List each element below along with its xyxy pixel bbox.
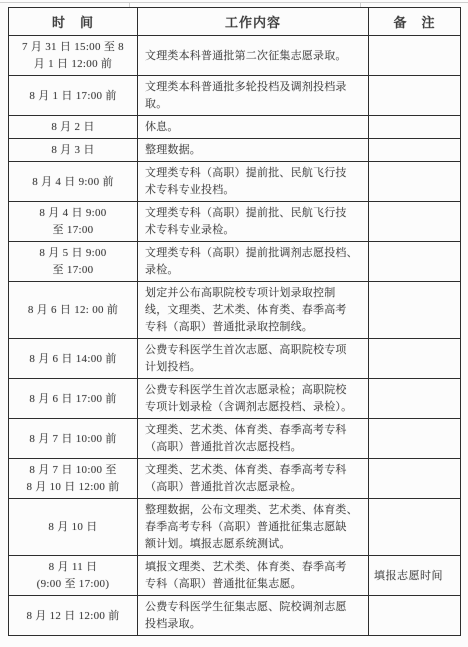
- time-cell: 8 月 4 日 9:00 至 17:00: [9, 202, 138, 242]
- time-cell: 8 月 11 日 (9:00 至 17:00): [9, 556, 138, 596]
- content-cell: 公费专科医学生首次志愿、高职院校专项 计划投档。: [138, 339, 369, 379]
- remark-cell: [369, 379, 461, 419]
- time-cell: 8 月 6 日 14:00 前: [9, 339, 138, 379]
- table-row: 8 月 4 日 9:00 前文理类专科（高职）提前批、民航飞行技 术专科专业投档…: [9, 162, 461, 202]
- time-cell: 8 月 12 日 12:00 前: [9, 596, 138, 636]
- table-row: 8 月 3 日整理数据。: [9, 139, 461, 162]
- content-cell: 公费专科医学生征集志愿、院校调剂志愿 投档录取。: [138, 596, 369, 636]
- scanned-schedule-page: 时 间 工作内容 备 注 7 月 31 日 15:00 至 8 月 1 日 12…: [0, 0, 468, 647]
- remark-cell: [369, 139, 461, 162]
- remark-cell: [369, 76, 461, 116]
- content-cell: 文理类、艺术类、体育类、春季高考专科 （高职）普通批首次志愿投档。: [138, 419, 369, 459]
- time-cell: 8 月 4 日 9:00 前: [9, 162, 138, 202]
- time-cell: 8 月 10 日: [9, 499, 138, 556]
- content-cell: 文理类本科普通批多轮投档及调剂投档录 取。: [138, 76, 369, 116]
- header-remark: 备 注: [369, 8, 461, 36]
- table-row: 8 月 12 日 12:00 前公费专科医学生征集志愿、院校调剂志愿 投档录取。: [9, 596, 461, 636]
- remark-cell: [369, 202, 461, 242]
- remark-cell: [369, 282, 461, 339]
- admission-schedule-table: 时 间 工作内容 备 注 7 月 31 日 15:00 至 8 月 1 日 12…: [8, 7, 461, 636]
- time-cell: 8 月 6 日 17:00 前: [9, 379, 138, 419]
- remark-cell: 填报志愿时间: [369, 556, 461, 596]
- content-cell: 划定并公布高职院校专项计划录取控制 线，文理类、艺术类、体育类、春季高考 专科（…: [138, 282, 369, 339]
- table-row: 8 月 2 日休息。: [9, 116, 461, 139]
- header-time: 时 间: [9, 8, 138, 36]
- content-cell: 公费专科医学生首次志愿录检；高职院校 专项计划录检（含调剂志愿投档、录检）。: [138, 379, 369, 419]
- time-cell: 8 月 1 日 17:00 前: [9, 76, 138, 116]
- content-cell: 整理数据，公布文理类、艺术类、体育类、 春季高考专科（高职）普通批征集志愿缺 额…: [138, 499, 369, 556]
- content-cell: 文理类、艺术类、体育类、春季高考专科 （高职）普通批首次志愿录检。: [138, 459, 369, 499]
- content-cell: 文理类专科（高职）提前批、民航飞行技 术专科专业录检。: [138, 202, 369, 242]
- time-cell: 8 月 3 日: [9, 139, 138, 162]
- table-row: 8 月 7 日 10:00 至 8 月 10 日 12:00 前文理类、艺术类、…: [9, 459, 461, 499]
- scan-artifact-line: [0, 2, 468, 3]
- remark-cell: [369, 116, 461, 139]
- content-cell: 文理类专科（高职）提前批、民航飞行技 术专科专业投档。: [138, 162, 369, 202]
- time-cell: 8 月 2 日: [9, 116, 138, 139]
- time-cell: 8 月 7 日 10:00 前: [9, 419, 138, 459]
- remark-cell: [369, 162, 461, 202]
- remark-cell: [369, 499, 461, 556]
- content-cell: 休息。: [138, 116, 369, 139]
- table-row: 8 月 6 日 12: 00 前划定并公布高职院校专项计划录取控制 线，文理类、…: [9, 282, 461, 339]
- header-content: 工作内容: [138, 8, 369, 36]
- table-row: 8 月 6 日 14:00 前公费专科医学生首次志愿、高职院校专项 计划投档。: [9, 339, 461, 379]
- time-cell: 8 月 7 日 10:00 至 8 月 10 日 12:00 前: [9, 459, 138, 499]
- table-row: 8 月 4 日 9:00 至 17:00文理类专科（高职）提前批、民航飞行技 术…: [9, 202, 461, 242]
- content-cell: 文理类专科（高职）提前批调剂志愿投档、 录检。: [138, 242, 369, 282]
- remark-cell: [369, 459, 461, 499]
- schedule-table-body: 7 月 31 日 15:00 至 8 月 1 日 12:00 前文理类本科普通批…: [9, 36, 461, 636]
- time-cell: 7 月 31 日 15:00 至 8 月 1 日 12:00 前: [9, 36, 138, 76]
- table-row: 8 月 1 日 17:00 前文理类本科普通批多轮投档及调剂投档录 取。: [9, 76, 461, 116]
- table-row: 8 月 10 日整理数据，公布文理类、艺术类、体育类、 春季高考专科（高职）普通…: [9, 499, 461, 556]
- table-row: 8 月 11 日 (9:00 至 17:00)填报文理类、艺术类、体育类、春季高…: [9, 556, 461, 596]
- header-row: 时 间 工作内容 备 注: [9, 8, 461, 36]
- remark-cell: [369, 596, 461, 636]
- remark-cell: [369, 419, 461, 459]
- content-cell: 文理类本科普通批第二次征集志愿录取。: [138, 36, 369, 76]
- remark-cell: [369, 339, 461, 379]
- time-cell: 8 月 6 日 12: 00 前: [9, 282, 138, 339]
- remark-cell: [369, 242, 461, 282]
- content-cell: 填报文理类、艺术类、体育类、春季高考 专科（高职）普通批征集志愿。: [138, 556, 369, 596]
- content-cell: 整理数据。: [138, 139, 369, 162]
- table-row: 8 月 7 日 10:00 前文理类、艺术类、体育类、春季高考专科 （高职）普通…: [9, 419, 461, 459]
- time-cell: 8 月 5 日 9:00 至 17:00: [9, 242, 138, 282]
- table-row: 8 月 5 日 9:00 至 17:00文理类专科（高职）提前批调剂志愿投档、 …: [9, 242, 461, 282]
- remark-cell: [369, 36, 461, 76]
- table-row: 7 月 31 日 15:00 至 8 月 1 日 12:00 前文理类本科普通批…: [9, 36, 461, 76]
- table-row: 8 月 6 日 17:00 前公费专科医学生首次志愿录检；高职院校 专项计划录检…: [9, 379, 461, 419]
